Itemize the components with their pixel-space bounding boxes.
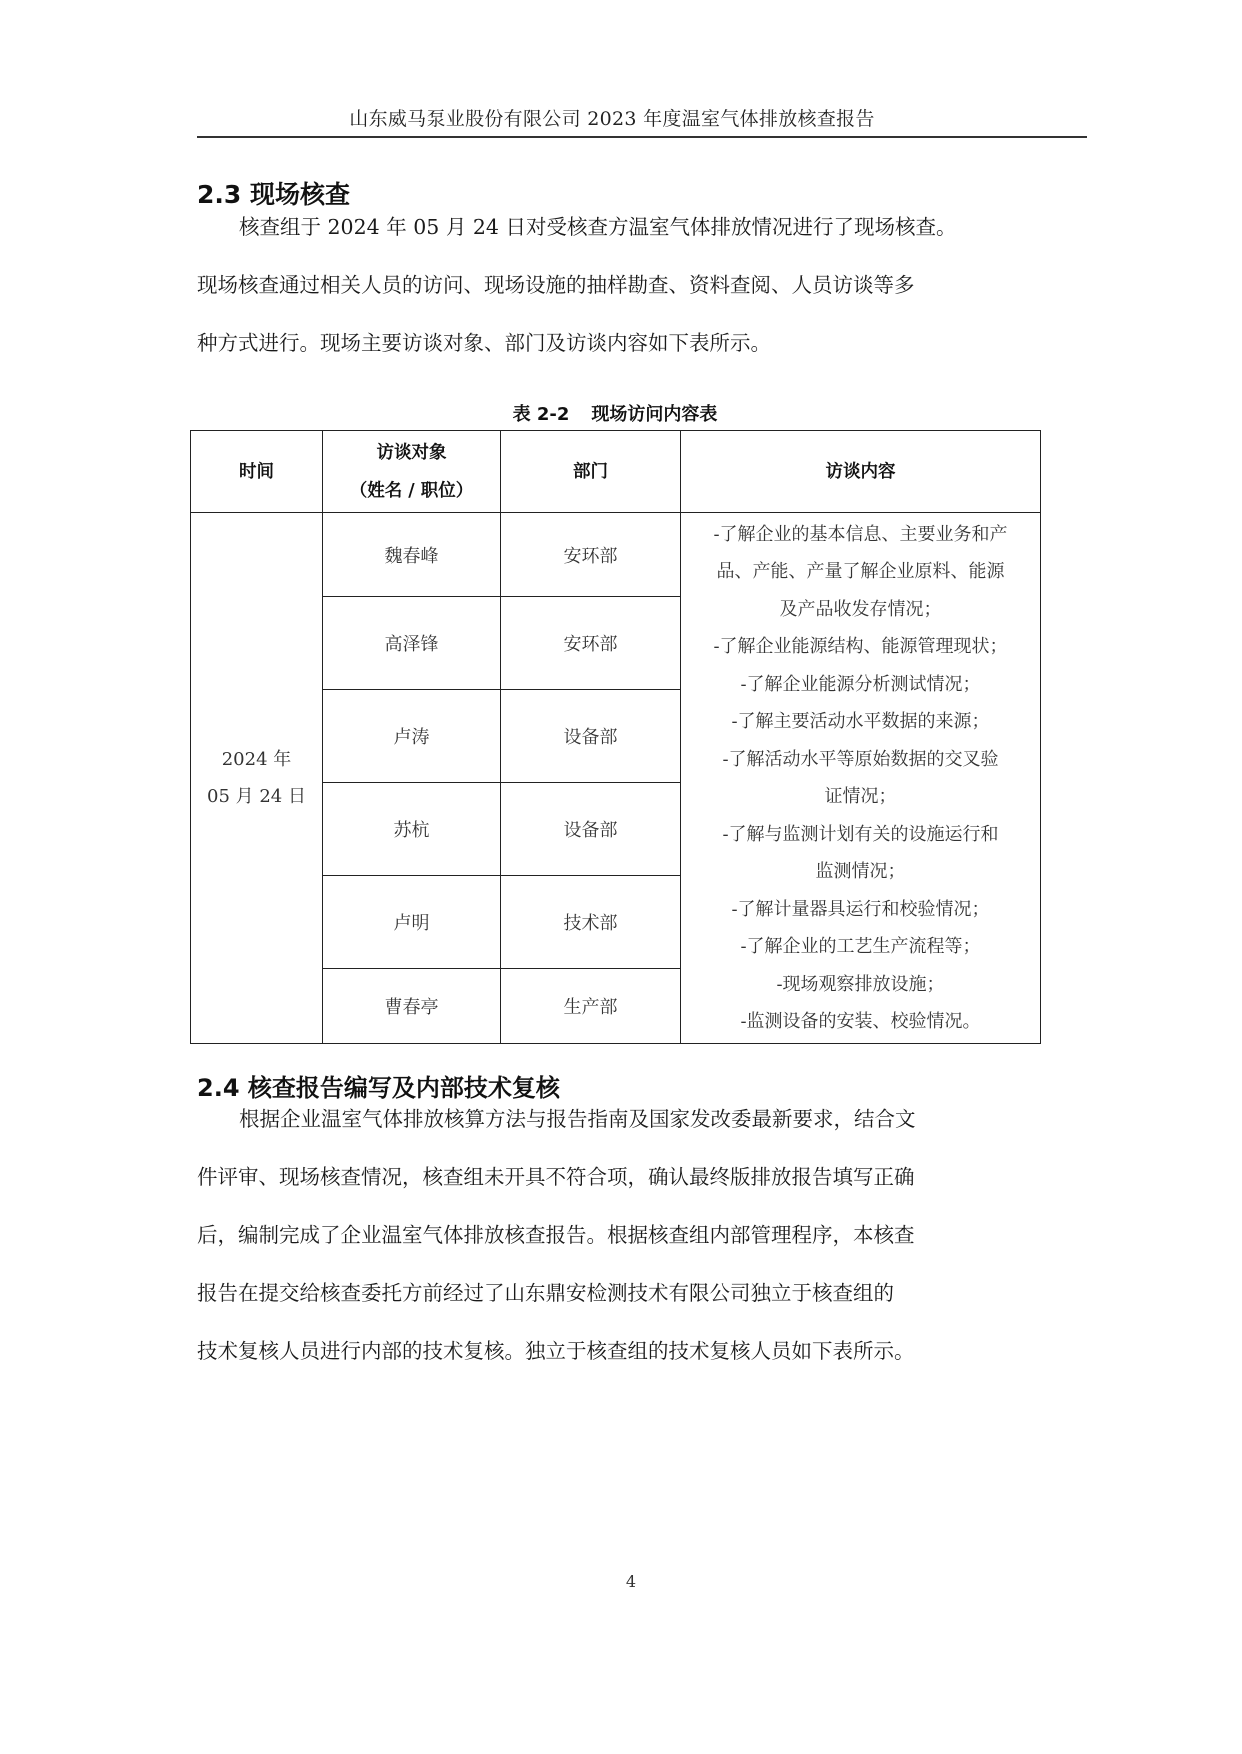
department-name: 生产部 <box>501 969 681 1044</box>
interviewee-name: 卢涛 <box>323 690 501 783</box>
header-rule <box>197 136 1087 138</box>
table-header-row: 时间 访谈对象 （姓名 / 职位） 部门 访谈内容 <box>191 431 1041 513</box>
date-cell: 2024 年 05 月 24 日 <box>191 513 323 1044</box>
page-number: 4 <box>0 1572 1242 1591</box>
header-time: 时间 <box>191 431 323 513</box>
department-name: 安环部 <box>501 597 681 690</box>
page-header: 山东威马泵业股份有限公司 2023 年度温室气体排放核查报告 <box>197 100 1027 140</box>
table-number: 表 2-2 <box>513 404 570 425</box>
section-2-3-paragraph: 核查组于 2024 年 05 月 24 日对受核查方温室气体排放情况进行了现场核… <box>197 198 1037 372</box>
paragraph-line: 根据企业温室气体排放核算方法与报告指南及国家发改委最新要求，结合文 <box>197 1090 1037 1148</box>
paragraph-line: 种方式进行。现场主要访谈对象、部门及访谈内容如下表所示。 <box>197 314 1037 372</box>
interviewee-name: 曹春亭 <box>323 969 501 1044</box>
paragraph-line: 核查组于 2024 年 05 月 24 日对受核查方温室气体排放情况进行了现场核… <box>197 198 1037 256</box>
department-name: 设备部 <box>501 690 681 783</box>
interview-table: 时间 访谈对象 （姓名 / 职位） 部门 访谈内容 2024 年 05 月 24… <box>190 430 1041 1044</box>
paragraph-line: 后，编制完成了企业温室气体排放核查报告。根据核查组内部管理程序，本核查 <box>197 1206 1037 1264</box>
table-row: 2024 年 05 月 24 日 魏春峰 安环部 -了解企业的基本信息、主要业务… <box>191 513 1041 597</box>
department-name: 技术部 <box>501 876 681 969</box>
table-title: 现场访问内容表 <box>591 404 717 425</box>
interviewee-name: 魏春峰 <box>323 513 501 597</box>
header-interviewee: 访谈对象 （姓名 / 职位） <box>323 431 501 513</box>
paragraph-line: 件评审、现场核查情况，核查组未开具不符合项，确认最终版排放报告填写正确 <box>197 1148 1037 1206</box>
paragraph-line: 报告在提交给核查委托方前经过了山东鼎安检测技术有限公司独立于核查组的 <box>197 1264 1037 1322</box>
paragraph-line: 现场核查通过相关人员的访问、现场设施的抽样勘查、资料查阅、人员访谈等多 <box>197 256 1037 314</box>
paragraph-line: 技术复核人员进行内部的技术复核。独立于核查组的技术复核人员如下表所示。 <box>197 1322 1037 1380</box>
interview-content: -了解企业的基本信息、主要业务和产 品、产能、产量了解企业原料、能源 及产品收发… <box>681 513 1041 1044</box>
header-department: 部门 <box>501 431 681 513</box>
department-name: 安环部 <box>501 513 681 597</box>
section-2-4-paragraph: 根据企业温室气体排放核算方法与报告指南及国家发改委最新要求，结合文 件评审、现场… <box>197 1090 1037 1380</box>
interviewee-name: 卢明 <box>323 876 501 969</box>
header-content: 访谈内容 <box>681 431 1041 513</box>
interviewee-name: 高泽锋 <box>323 597 501 690</box>
report-title: 山东威马泵业股份有限公司 2023 年度温室气体排放核查报告 <box>197 104 1027 131</box>
table-caption: 表 2-2现场访问内容表 <box>180 400 1050 426</box>
department-name: 设备部 <box>501 783 681 876</box>
interviewee-name: 苏杭 <box>323 783 501 876</box>
